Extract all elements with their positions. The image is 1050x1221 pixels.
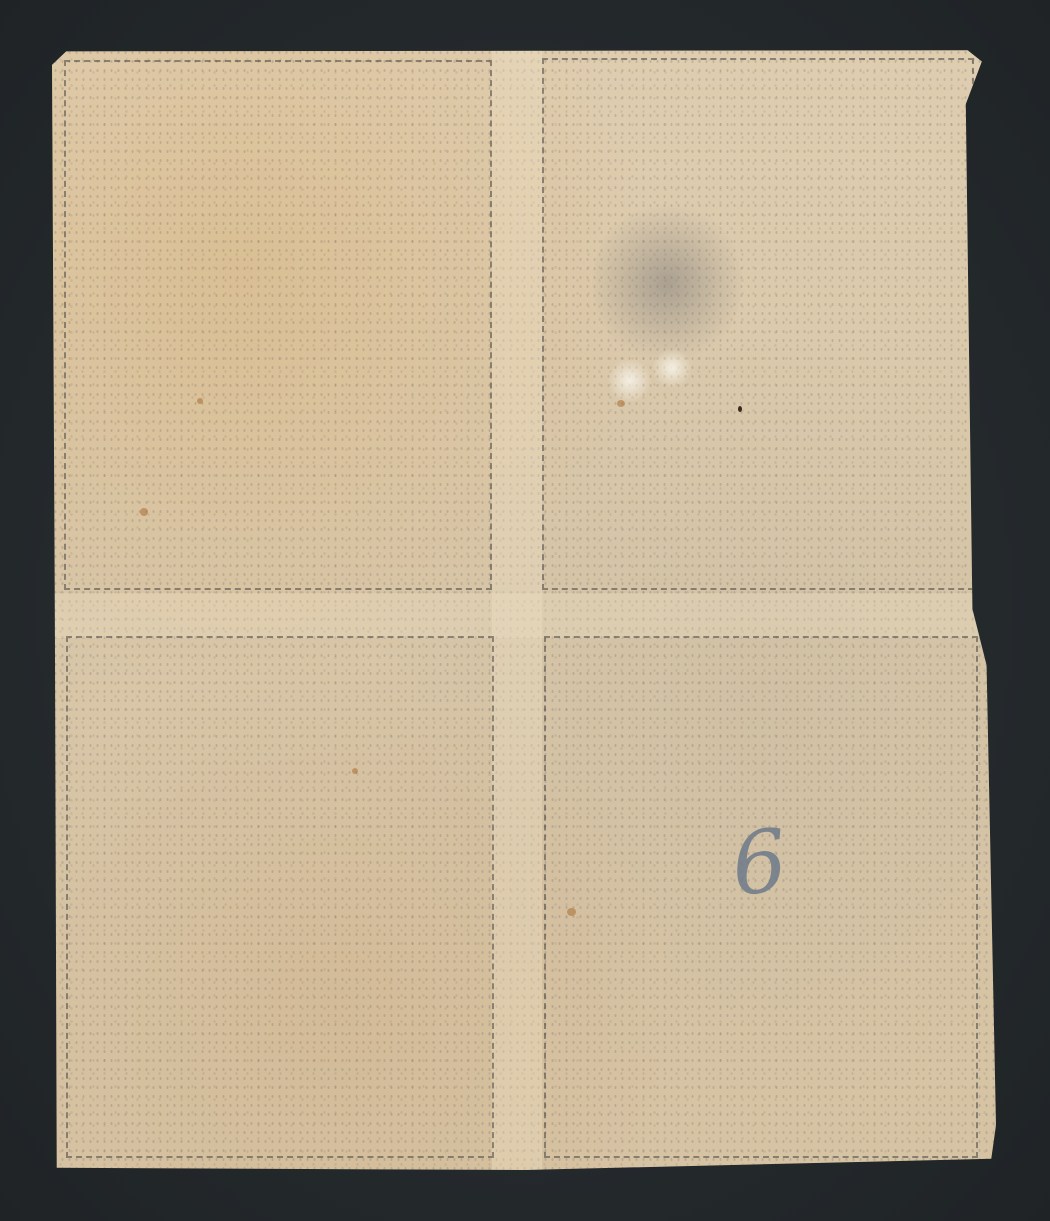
horizontal-gutter [52, 593, 996, 638]
foxing-spot [617, 400, 625, 407]
stamp-frame-bottom-left [66, 636, 494, 1158]
foxing-spot [567, 908, 576, 916]
thin-spot [652, 348, 692, 388]
stamp-frame-top-left [64, 60, 492, 590]
foxing-spot [197, 398, 203, 404]
foxing-spot [738, 406, 742, 412]
thin-spot [607, 358, 652, 403]
foxing-spot [140, 508, 148, 516]
stamp-block-paper: 6 [52, 48, 996, 1170]
ink-show-through [592, 198, 742, 368]
foxing-spot [352, 768, 358, 774]
pencil-mark: 6 [727, 810, 797, 916]
